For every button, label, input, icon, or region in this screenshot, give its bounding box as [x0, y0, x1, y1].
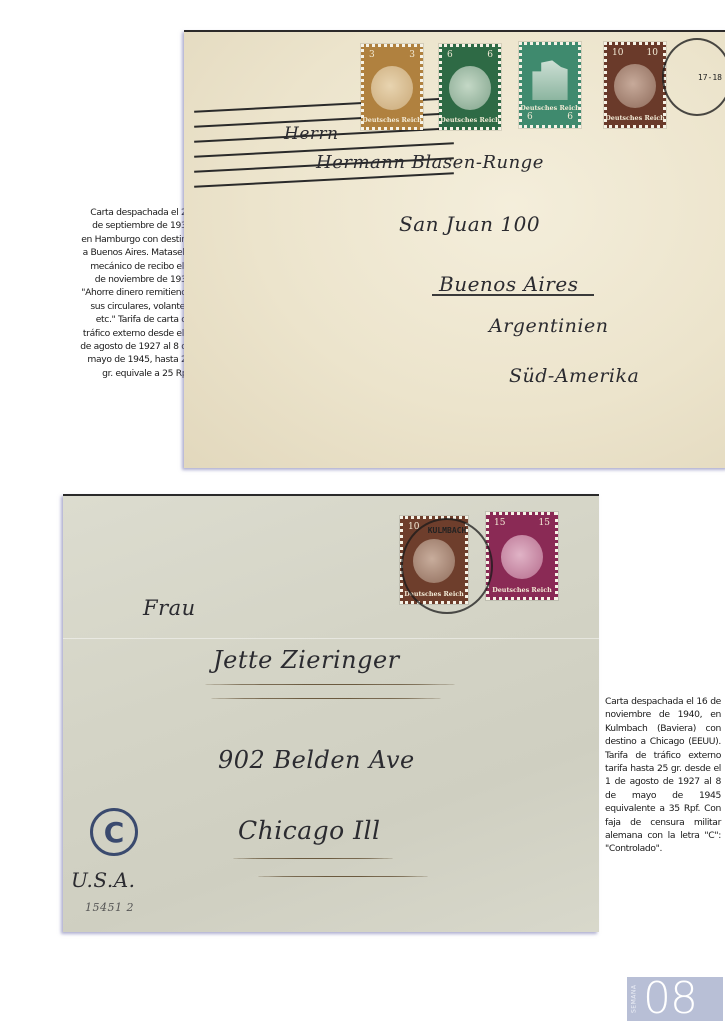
address-street: San Juan 100	[399, 212, 540, 236]
stamp-10-pf: 1010 Deutsches Reich	[604, 42, 666, 128]
address-city: Buenos Aires	[439, 272, 578, 296]
address-city: Chicago Ill	[238, 816, 381, 845]
stamp-3-pf: 33 Deutsches Reich	[361, 44, 423, 130]
notation-usa: U.S.A.	[71, 868, 136, 892]
portrait-icon	[371, 66, 413, 110]
page-number: 08	[643, 977, 697, 1021]
address-underline	[205, 684, 455, 686]
stamp-6-pf-castle: Deutsches Reich 66	[519, 42, 581, 128]
portrait-icon	[501, 535, 543, 579]
portrait-icon	[614, 64, 656, 108]
address-name: Jette Zieringer	[213, 646, 400, 674]
censor-c-mark: C	[90, 808, 138, 856]
castle-icon	[528, 56, 572, 100]
address-underline	[233, 858, 393, 860]
postmark-kulmbach: KULMBACH	[401, 518, 493, 614]
address-name: Hermann Blasen-Runge	[316, 152, 544, 173]
address-country: Argentinien	[489, 315, 608, 337]
address-salutation: Herrn	[284, 124, 339, 144]
address-underline	[258, 876, 428, 878]
envelope-hamburg-buenos-aires: 33 Deutsches Reich 66 Deutsches Reich De…	[184, 30, 725, 468]
address-underline	[211, 698, 441, 700]
page-tag: SEMANA	[627, 977, 641, 1021]
notation-number: 15451 2	[85, 901, 134, 914]
fold-line	[63, 638, 599, 639]
address-salutation: Frau	[143, 596, 196, 620]
address-underline	[432, 294, 594, 296]
portrait-icon	[449, 66, 491, 110]
caption-letter-2: Carta despachada el 16 de noviembre de 1…	[605, 695, 721, 856]
address-continent: Süd-Amerika	[509, 365, 639, 387]
caption-letter-1: Carta despachada el 20 de septiembre de …	[80, 206, 192, 380]
stamp-6-pf-hindenburg: 66 Deutsches Reich	[439, 44, 501, 130]
postmark-hamburg: 17-18	[662, 38, 725, 116]
envelope-kulmbach-chicago: 10 Deutsches Reich 1515 Deutsches Reich …	[63, 494, 599, 932]
stamp-15-rpf: 1515 Deutsches Reich	[486, 512, 558, 600]
page-number-badge: SEMANA 08	[627, 977, 723, 1021]
address-street: 902 Belden Ave	[218, 746, 415, 774]
